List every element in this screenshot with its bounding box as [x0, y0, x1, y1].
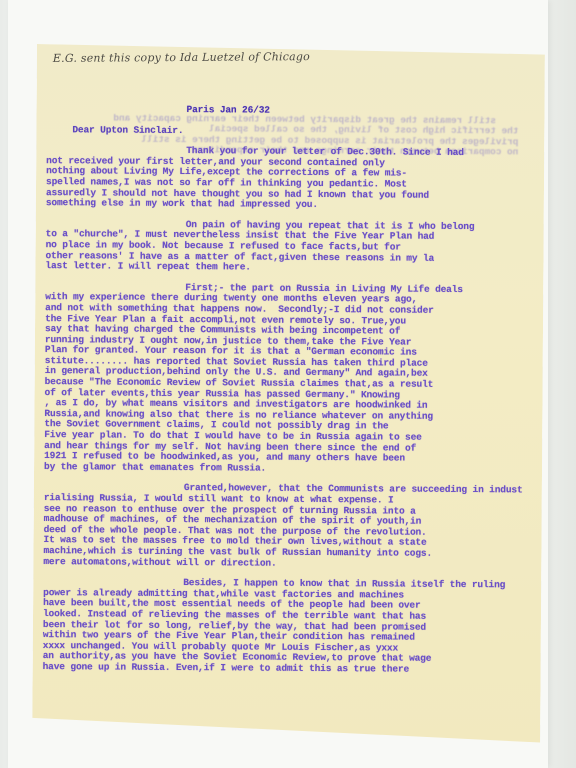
letter-paragraph: Thank you for your letter of Dec.30th. S… [46, 145, 538, 212]
handwritten-annotation: E.G. sent this copy to Ida Luetzel of Ch… [53, 50, 310, 65]
letter-paragraph: On pain of having you repeat that it is … [45, 219, 537, 275]
letter-paragraph: Besides, I happen to know that in Russia… [43, 577, 536, 676]
typed-line: have gone up in Russia. Even,if I were t… [43, 662, 535, 676]
letter-sheet: E.G. sent this copy to Ida Luetzel of Ch… [32, 44, 545, 750]
paragraphs-container: Thank you for your letter of Dec.30th. S… [43, 145, 539, 676]
salutation: Dear Upton Sinclair. [72, 125, 538, 139]
letter-paragraph: Granted,however, that the Communists are… [43, 482, 536, 570]
typed-line: by the glamor that emanates from Russia. [44, 462, 536, 476]
dateline: Paris Jan 26/32 [187, 105, 539, 118]
letter-paragraph: First;- the part on Russia in Living My … [44, 282, 537, 476]
typed-line: mere automatons,without will or directio… [43, 557, 535, 571]
letter-body: Paris Jan 26/32 Dear Upton Sinclair. Tha… [43, 104, 539, 676]
typed-line: last letter. I will repeat them here. [45, 261, 537, 275]
typed-line: something else in my work that had impre… [46, 198, 538, 212]
